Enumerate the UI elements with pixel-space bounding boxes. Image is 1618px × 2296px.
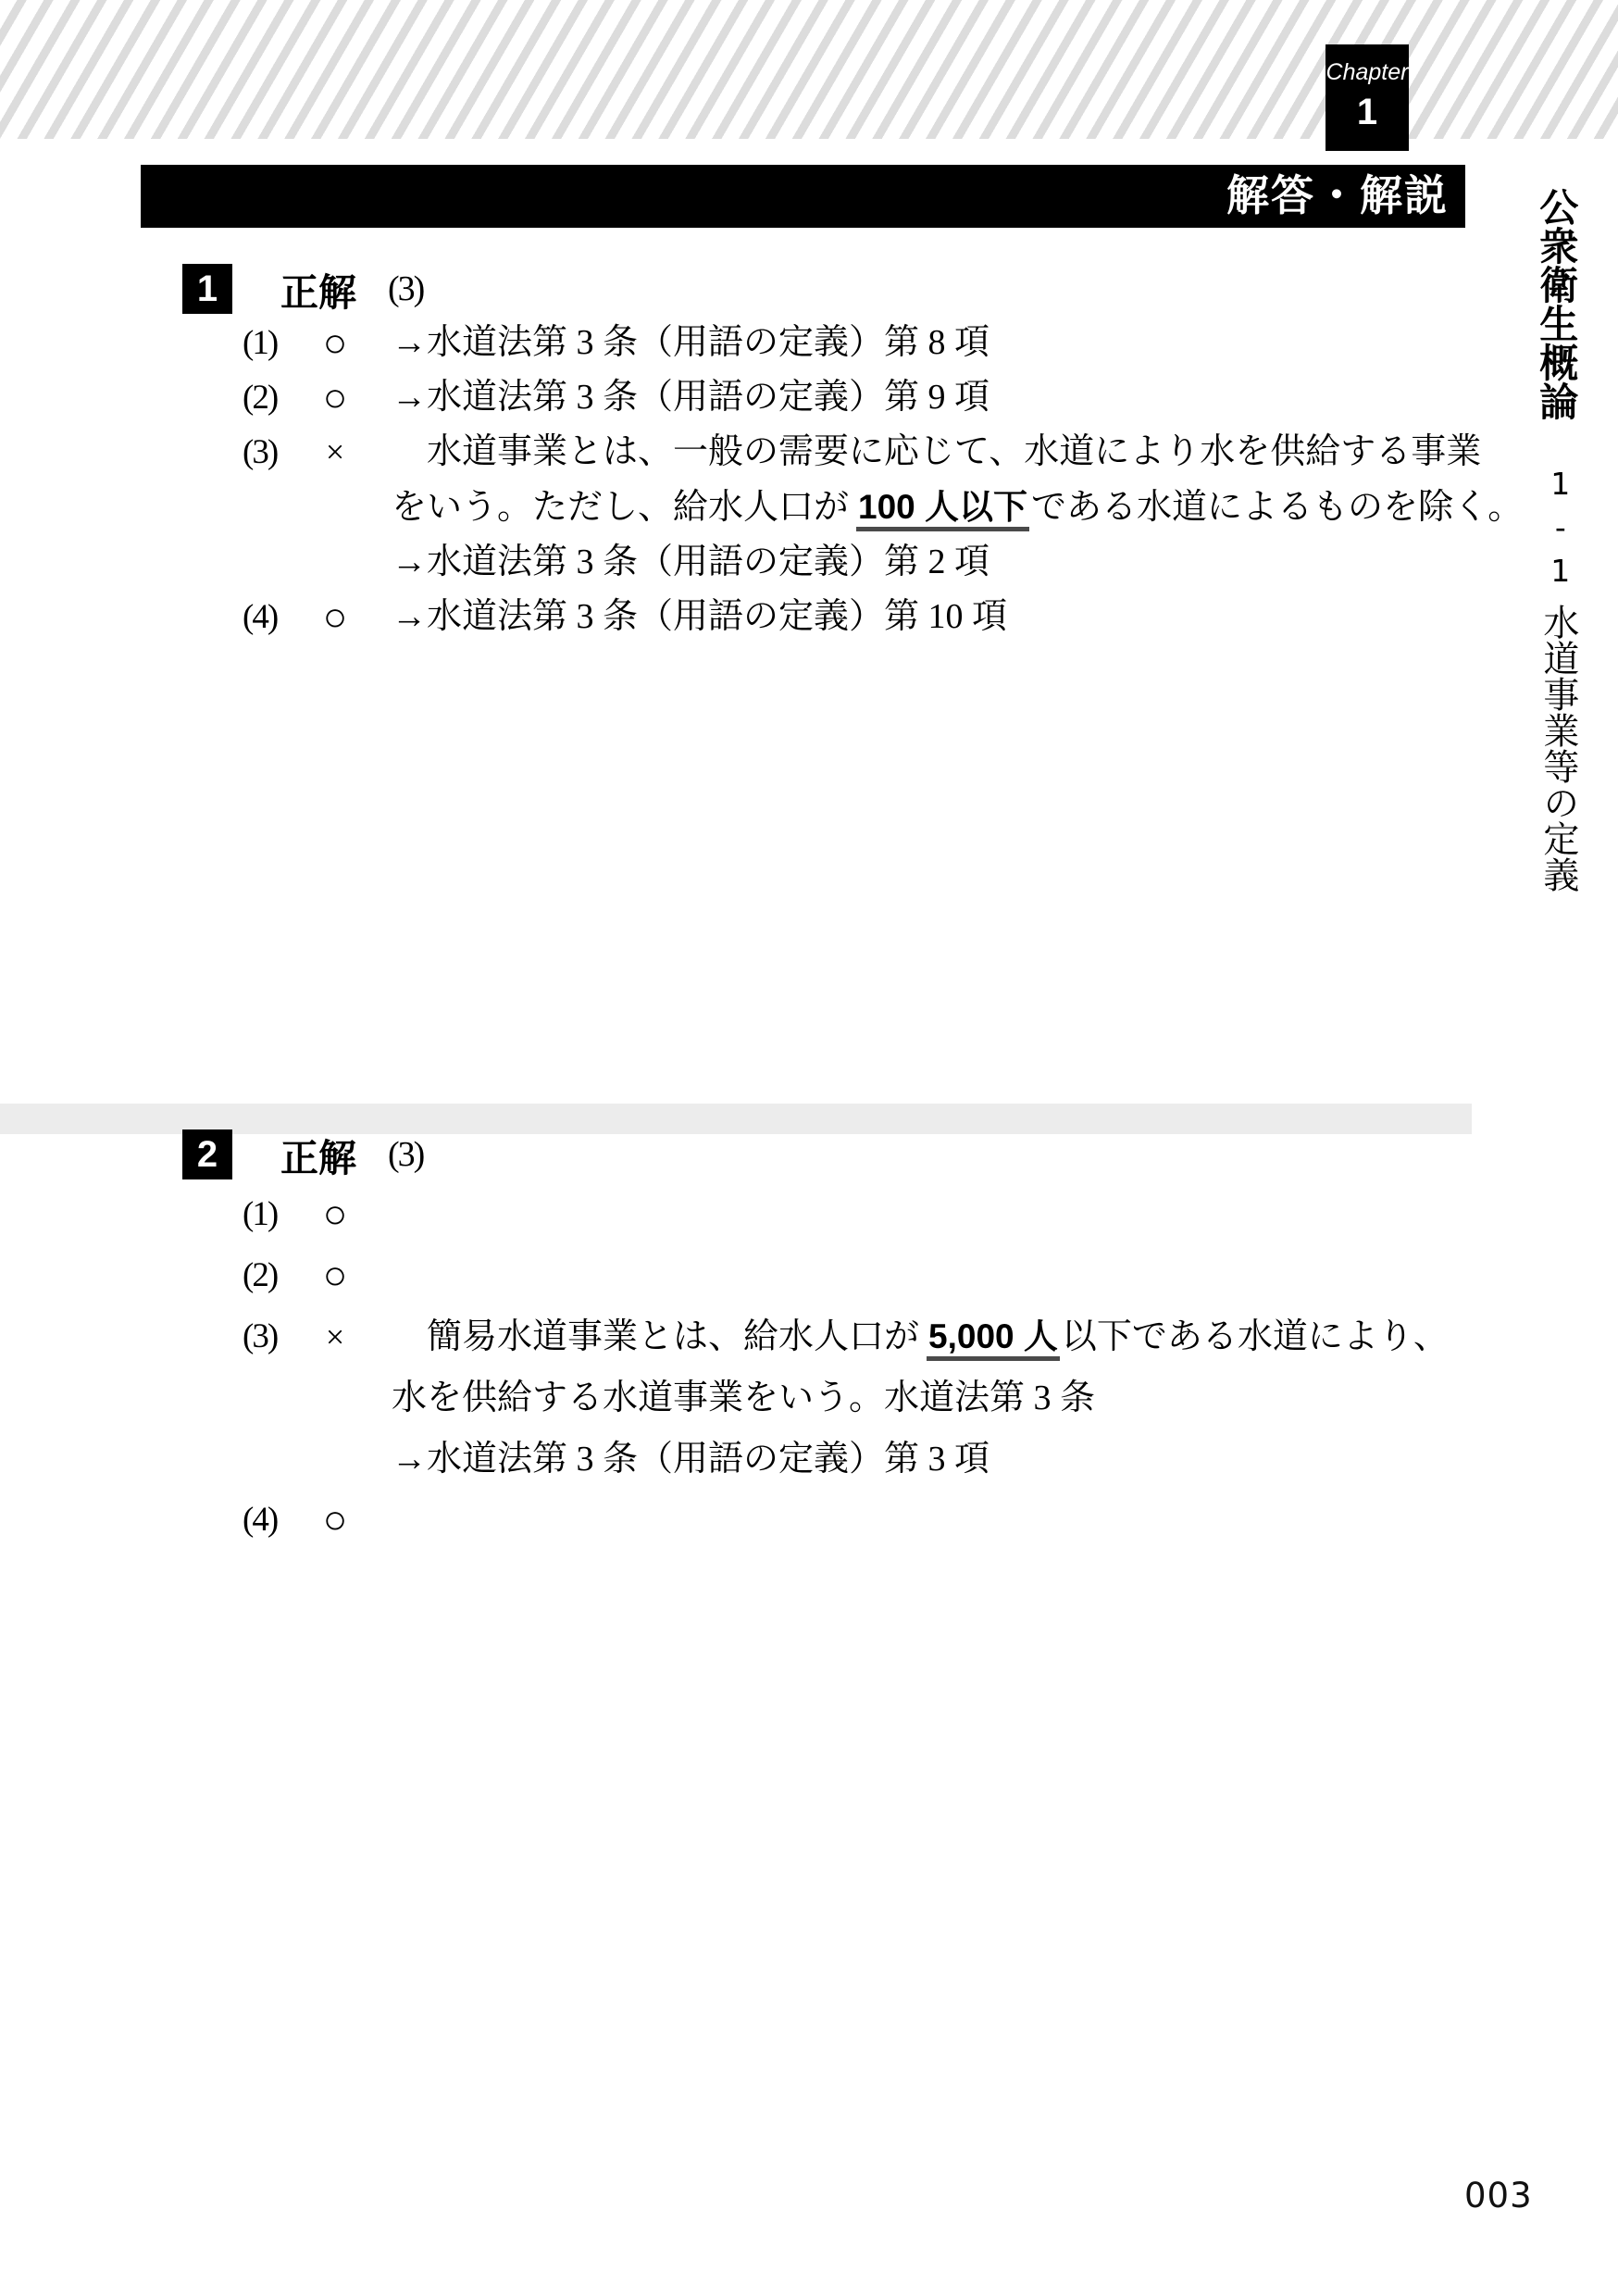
chapter-label: Chapter bbox=[1326, 59, 1409, 86]
book-page: Chapter 1 解答・解説 公衆衛生概論 1-1 水道事業等の定義 1 正解… bbox=[0, 0, 1618, 2296]
item-text: 簡易水道事業とは、給水人口が5,000 人以下である水道により、 bbox=[392, 1306, 1574, 1367]
question-1-correct-answer: (3) bbox=[388, 268, 423, 309]
underlined-emphasis: 5,000 人 bbox=[927, 1317, 1060, 1361]
item-text: →水道法第 3 条（用語の定義）第 3 項 bbox=[392, 1429, 1574, 1490]
question-2-header: 2 正解 (3) bbox=[182, 1129, 423, 1180]
wrong-mark: × bbox=[307, 1306, 363, 1490]
item-number: (3) bbox=[243, 425, 307, 590]
question-2-number-box: 2 bbox=[182, 1129, 232, 1179]
correct-mark: ○ bbox=[307, 1490, 363, 1551]
item-number: (1) bbox=[243, 1184, 307, 1245]
correct-mark: ○ bbox=[307, 590, 363, 644]
text-post: である水道によるものを除く。 bbox=[1031, 488, 1523, 527]
item-text: 水道事業とは、一般の需要に応じて、水道により水を供給する事業 bbox=[392, 425, 1574, 480]
answer-item: (4) ○ →水道法第 3 条（用語の定義）第 10 項 bbox=[243, 590, 1574, 644]
item-number: (4) bbox=[243, 590, 307, 644]
correct-mark: ○ bbox=[307, 370, 363, 425]
item-text: →水道法第 3 条（用語の定義）第 9 項 bbox=[392, 370, 1574, 425]
question-2-items: (1) ○ (2) ○ (3) × 簡易水道事業とは、給水人口が5,000 人以… bbox=[0, 1184, 1574, 1551]
item-number: (2) bbox=[243, 370, 307, 425]
item-text: →水道法第 3 条（用語の定義）第 10 項 bbox=[392, 590, 1574, 644]
text-post: 以下である水道により、 bbox=[1062, 1317, 1449, 1356]
page-number: 003 bbox=[1464, 2176, 1533, 2215]
chapter-number: 1 bbox=[1326, 92, 1409, 133]
answer-item: (1) ○ bbox=[243, 1184, 1574, 1245]
correct-mark: ○ bbox=[307, 1245, 363, 1306]
answer-item: (2) ○ bbox=[243, 1245, 1574, 1306]
question-1-answer-label: 正解 bbox=[280, 262, 356, 317]
correct-mark: ○ bbox=[307, 1184, 363, 1245]
sidebar-topic: 水道事業等の定義 bbox=[1537, 604, 1577, 892]
chapter-tab: Chapter 1 bbox=[1326, 44, 1409, 151]
item-number: (1) bbox=[243, 316, 307, 370]
answer-item: (2) ○ →水道法第 3 条（用語の定義）第 9 項 bbox=[243, 370, 1574, 425]
question-2-answer-label: 正解 bbox=[280, 1128, 356, 1182]
answer-item: (4) ○ bbox=[243, 1490, 1574, 1551]
correct-mark: ○ bbox=[307, 316, 363, 370]
item-text: をいう。ただし、給水人口が100 人以下である水道によるものを除く。 bbox=[392, 480, 1574, 535]
question-1-number-box: 1 bbox=[182, 264, 232, 314]
answer-item: (3) × 簡易水道事業とは、給水人口が5,000 人以下である水道により、 水… bbox=[243, 1306, 1574, 1490]
underlined-emphasis: 100 人以下 bbox=[856, 488, 1029, 531]
text-pre: をいう。ただし、給水人口が bbox=[392, 488, 849, 527]
item-number: (3) bbox=[243, 1306, 307, 1490]
question-1-header: 1 正解 (3) bbox=[182, 263, 423, 315]
wrong-mark: × bbox=[307, 425, 363, 590]
answer-banner-title: 解答・解説 bbox=[1226, 171, 1449, 219]
question-1-items: (1) ○ →水道法第 3 条（用語の定義）第 8 項 (2) ○ →水道法第 … bbox=[0, 316, 1574, 644]
item-number: (2) bbox=[243, 1245, 307, 1306]
item-text: →水道法第 3 条（用語の定義）第 2 項 bbox=[392, 535, 1574, 590]
answer-item: (1) ○ →水道法第 3 条（用語の定義）第 8 項 bbox=[243, 316, 1574, 370]
answer-item: (3) × 水道事業とは、一般の需要に応じて、水道により水を供給する事業 をいう… bbox=[243, 425, 1574, 590]
item-number: (4) bbox=[243, 1490, 307, 1551]
question-2-correct-answer: (3) bbox=[388, 1134, 423, 1175]
answer-banner: 解答・解説 bbox=[141, 165, 1465, 228]
item-text: →水道法第 3 条（用語の定義）第 8 項 bbox=[392, 316, 1574, 370]
text-pre: 簡易水道事業とは、給水人口が bbox=[392, 1317, 919, 1356]
item-text: 水を供給する水道事業をいう。水道法第 3 条 bbox=[392, 1367, 1574, 1429]
